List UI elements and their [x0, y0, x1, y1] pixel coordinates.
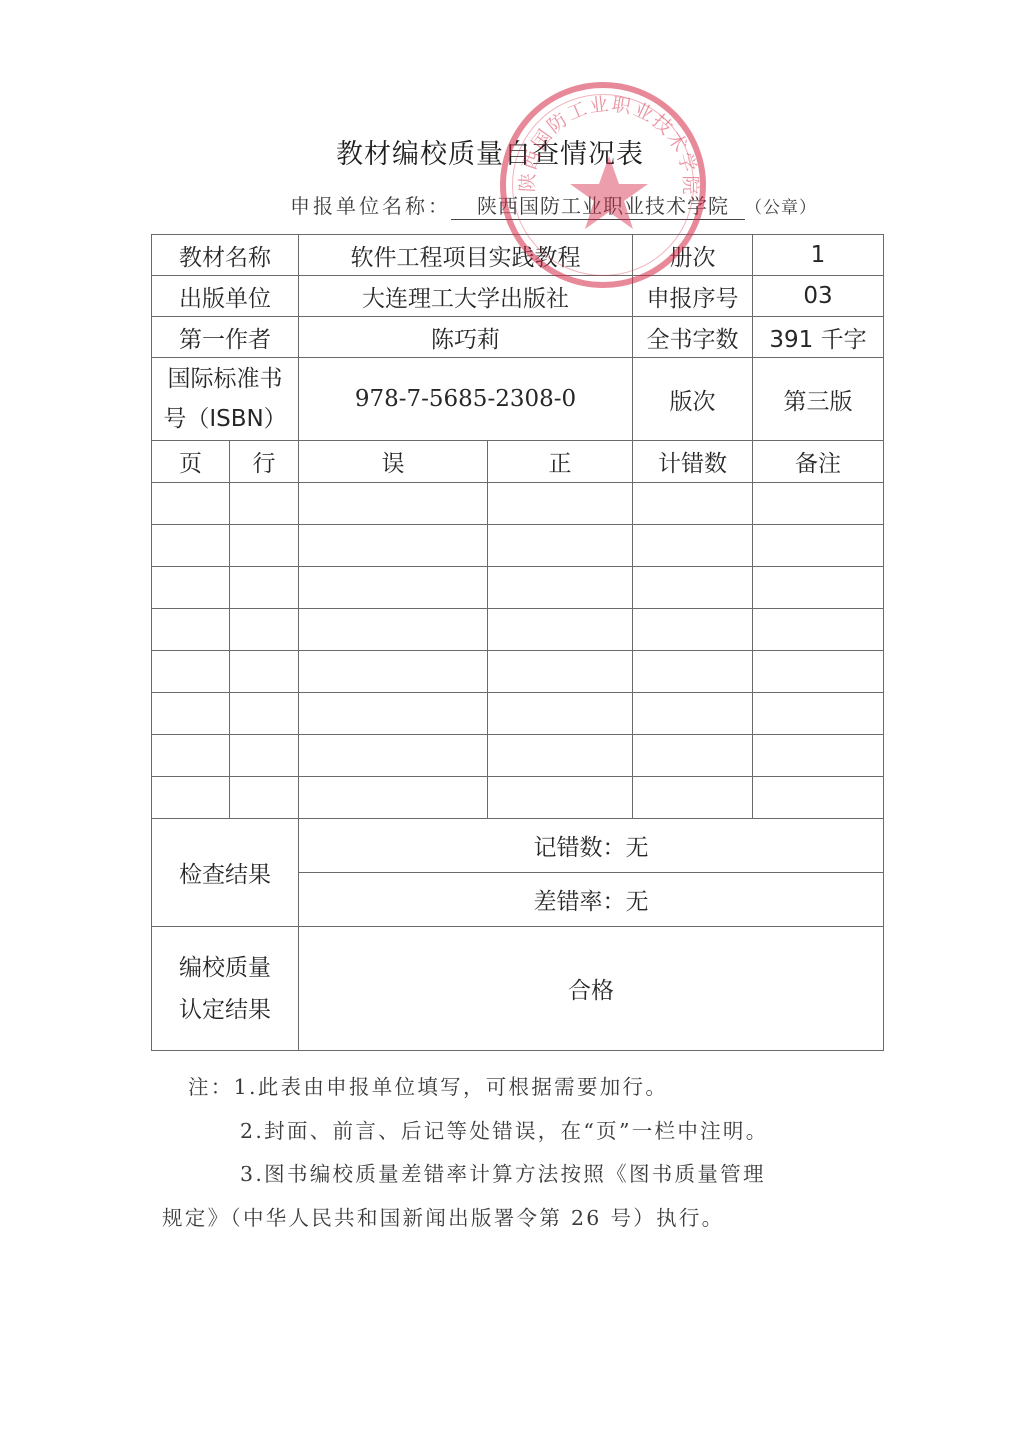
volume-value: 1 [753, 235, 884, 276]
table-row [152, 693, 884, 735]
cell [299, 777, 488, 819]
cell [230, 483, 299, 525]
table-row [152, 735, 884, 777]
cell [152, 483, 230, 525]
first-author-label: 第一作者 [152, 317, 299, 358]
cell [152, 735, 230, 777]
cell [753, 525, 884, 567]
cell [152, 609, 230, 651]
quality-label-line2: 认定结果 [152, 989, 298, 1031]
note-3b: 规定》（中华人民共和国新闻出版署令第 26 号）执行。 [162, 1197, 882, 1241]
publisher-value: 大连理工大学出版社 [299, 276, 633, 317]
note-3a: 3.图书编校质量差错率计算方法按照《图书质量管理 [162, 1153, 882, 1197]
cell [299, 525, 488, 567]
cell [633, 525, 753, 567]
col-header-remarks: 备注 [753, 441, 884, 483]
cell [299, 483, 488, 525]
col-header-line: 行 [230, 441, 299, 483]
col-header-page: 页 [152, 441, 230, 483]
quality-label-line1: 编校质量 [152, 947, 298, 989]
cell [488, 777, 633, 819]
row-isbn: 国际标准书 号（ISBN） 978-7-5685-2308-0 版次 第三版 [152, 358, 884, 441]
cell [230, 735, 299, 777]
cell [152, 651, 230, 693]
error-count-line: 记错数：无 [299, 819, 884, 873]
cell [488, 525, 633, 567]
publisher-label: 出版单位 [152, 276, 299, 317]
cell [753, 693, 884, 735]
cell [230, 693, 299, 735]
cell [633, 609, 753, 651]
word-count-value: 391 千字 [753, 317, 884, 358]
cell [230, 609, 299, 651]
serial-label: 申报序号 [633, 276, 753, 317]
row-check-result-count: 检查结果 记错数：无 [152, 819, 884, 873]
cell [488, 735, 633, 777]
cell [753, 567, 884, 609]
edition-value: 第三版 [753, 358, 884, 441]
table-row [152, 609, 884, 651]
first-author-value: 陈巧莉 [299, 317, 633, 358]
quality-label: 编校质量 认定结果 [152, 927, 299, 1051]
word-count-label: 全书字数 [633, 317, 753, 358]
check-result-label: 检查结果 [152, 819, 299, 927]
cell [633, 735, 753, 777]
quality-check-table: 教材名称 软件工程项目实践教程 册次 1 出版单位 大连理工大学出版社 申报序号… [151, 234, 884, 1051]
table-row [152, 525, 884, 567]
document-title: 教材编校质量自查情况表 [0, 132, 1024, 171]
applicant-label: 申报单位名称： [290, 194, 451, 218]
edition-label: 版次 [633, 358, 753, 441]
cell [753, 651, 884, 693]
isbn-value: 978-7-5685-2308-0 [299, 358, 633, 441]
error-table-header: 页 行 误 正 计错数 备注 [152, 441, 884, 483]
isbn-label-line1: 国际标准书 [152, 359, 298, 399]
table-row [152, 651, 884, 693]
col-header-error-count: 计错数 [633, 441, 753, 483]
cell [230, 525, 299, 567]
table-row [152, 777, 884, 819]
applicant-line: 申报单位名称：陕西国防工业职业技术学院（公章） [290, 190, 817, 220]
cell [152, 777, 230, 819]
row-first-author: 第一作者 陈巧莉 全书字数 391 千字 [152, 317, 884, 358]
col-header-correct: 正 [488, 441, 633, 483]
cell [230, 777, 299, 819]
cell [753, 609, 884, 651]
cell [299, 651, 488, 693]
cell [230, 567, 299, 609]
cell [753, 735, 884, 777]
table-row [152, 567, 884, 609]
cell [633, 651, 753, 693]
quality-value: 合格 [299, 927, 884, 1051]
cell [753, 777, 884, 819]
cell [488, 651, 633, 693]
row-textbook-name: 教材名称 软件工程项目实践教程 册次 1 [152, 235, 884, 276]
note-1: 注：1.此表由申报单位填写，可根据需要加行。 [162, 1066, 882, 1110]
volume-label: 册次 [633, 235, 753, 276]
cell [488, 567, 633, 609]
applicant-value: 陕西国防工业职业技术学院 [451, 190, 745, 220]
document-title-text: 教材编校质量自查情况表 [336, 139, 644, 170]
cell [488, 693, 633, 735]
notes-section: 注：1.此表由申报单位填写，可根据需要加行。 2.封面、前言、后记等处错误，在“… [162, 1066, 882, 1240]
textbook-name-value: 软件工程项目实践教程 [299, 235, 633, 276]
cell [633, 777, 753, 819]
cell [152, 525, 230, 567]
cell [230, 651, 299, 693]
cell [299, 693, 488, 735]
cell [633, 693, 753, 735]
cell [299, 735, 488, 777]
textbook-name-label: 教材名称 [152, 235, 299, 276]
table-row [152, 483, 884, 525]
cell [633, 567, 753, 609]
isbn-label: 国际标准书 号（ISBN） [152, 358, 299, 441]
cell [488, 483, 633, 525]
note-2: 2.封面、前言、后记等处错误，在“页”一栏中注明。 [162, 1110, 882, 1154]
seal-note: （公章） [745, 198, 817, 218]
row-quality-result: 编校质量 认定结果 合格 [152, 927, 884, 1051]
cell [753, 483, 884, 525]
row-publisher: 出版单位 大连理工大学出版社 申报序号 03 [152, 276, 884, 317]
cell [299, 609, 488, 651]
cell [488, 609, 633, 651]
cell [152, 567, 230, 609]
col-header-wrong: 误 [299, 441, 488, 483]
cell [299, 567, 488, 609]
cell [152, 693, 230, 735]
cell [633, 483, 753, 525]
error-rate-line: 差错率：无 [299, 873, 884, 927]
serial-value: 03 [753, 276, 884, 317]
isbn-label-line2: 号（ISBN） [152, 399, 298, 439]
